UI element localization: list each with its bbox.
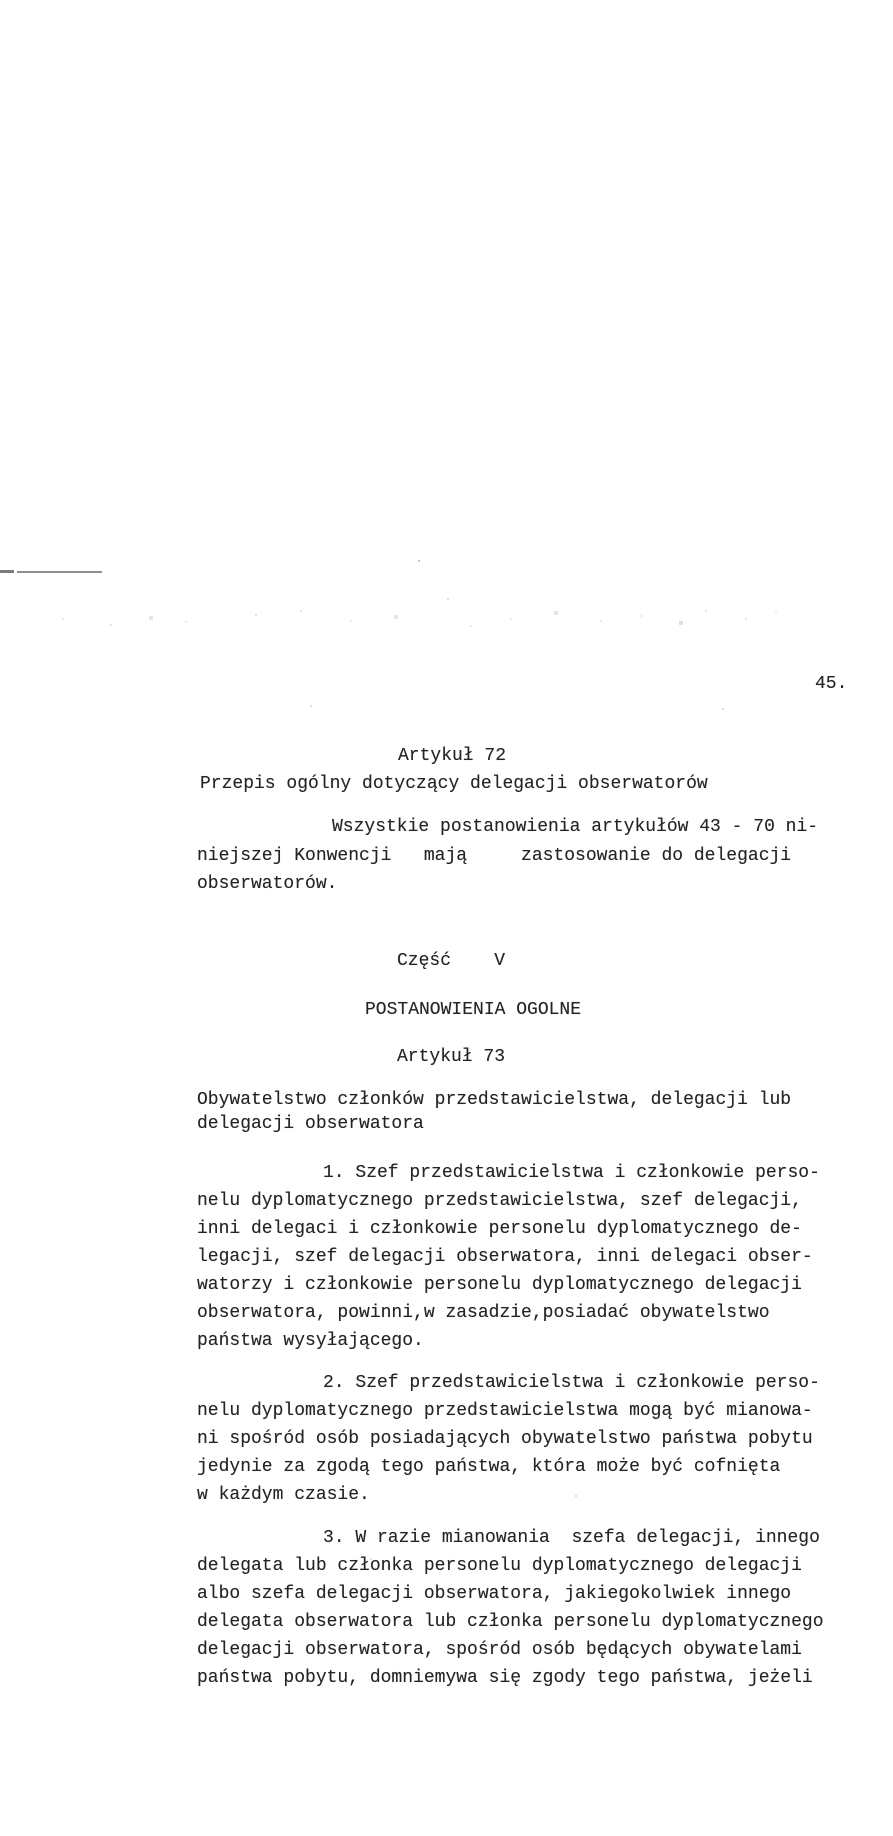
text-line: państwa pobytu, domniemywa się zgody teg… [197, 1664, 824, 1692]
scanned-document-page: 45. Artykuł 72 Przepis ogólny dotyczący … [0, 0, 893, 1836]
article-73-subtitle: Obywatelstwo członków przedstawicielstwa… [197, 1088, 791, 1136]
text-line: państwa wysyłającego. [197, 1327, 820, 1355]
part-5-heading: Część V [397, 947, 505, 975]
text-line: jedynie za zgodą tego państwa, która moż… [197, 1453, 820, 1481]
article-73-paragraph-1: 1. Szef przedstawicielstwa i członkowie … [197, 1159, 820, 1355]
text-line: albo szefa delegacji obserwatora, jakieg… [197, 1580, 824, 1608]
text-line: Wszystkie postanowienia artykułów 43 - 7… [197, 813, 818, 842]
text-line: 1. Szef przedstawicielstwa i członkowie … [197, 1159, 820, 1187]
text-line: watorzy i członkowie personelu dyplomaty… [197, 1271, 820, 1299]
text-line: 2. Szef przedstawicielstwa i członkowie … [197, 1369, 820, 1397]
text-line: obserwatorów. [197, 870, 818, 899]
article-73-paragraph-2: 2. Szef przedstawicielstwa i członkowie … [197, 1369, 820, 1509]
text-line: w każdym czasie. [197, 1481, 820, 1509]
page-number: 45. [815, 670, 847, 698]
text-line: Obywatelstwo członków przedstawicielstwa… [197, 1088, 791, 1112]
left-margin-rule-fragment [0, 570, 14, 573]
text-line: nelu dyplomatycznego przedstawicielstwa,… [197, 1187, 820, 1215]
text-line: niejszej Konwencji mają zastosowanie do … [197, 842, 818, 871]
article-72-subtitle: Przepis ogólny dotyczący delegacji obser… [200, 770, 708, 798]
scan-speckle-noise [0, 0, 2, 2]
part-5-title: POSTANOWIENIA OGOLNE [365, 996, 581, 1024]
left-margin-rule [17, 571, 102, 573]
text-line: obserwatora, powinni,w zasadzie,posiadać… [197, 1299, 820, 1327]
text-line: inni delegaci i członkowie personelu dyp… [197, 1215, 820, 1243]
text-line: 3. W razie mianowania szefa delegacji, i… [197, 1524, 824, 1552]
text-line: delegacji obserwatora [197, 1112, 791, 1136]
article-72-heading: Artykuł 72 [398, 742, 506, 770]
text-line: delegata obserwatora lub członka persone… [197, 1608, 824, 1636]
text-line: delegacji obserwatora, spośród osób będą… [197, 1636, 824, 1664]
text-line: delegata lub członka personelu dyplomaty… [197, 1552, 824, 1580]
article-73-heading: Artykuł 73 [397, 1043, 505, 1071]
article-73-paragraph-3: 3. W razie mianowania szefa delegacji, i… [197, 1524, 824, 1692]
article-72-paragraph: Wszystkie postanowienia artykułów 43 - 7… [197, 813, 818, 899]
text-line: nelu dyplomatycznego przedstawicielstwa … [197, 1397, 820, 1425]
text-line: legacji, szef delegacji obserwatora, inn… [197, 1243, 820, 1271]
text-line: ni spośród osób posiadających obywatelst… [197, 1425, 820, 1453]
